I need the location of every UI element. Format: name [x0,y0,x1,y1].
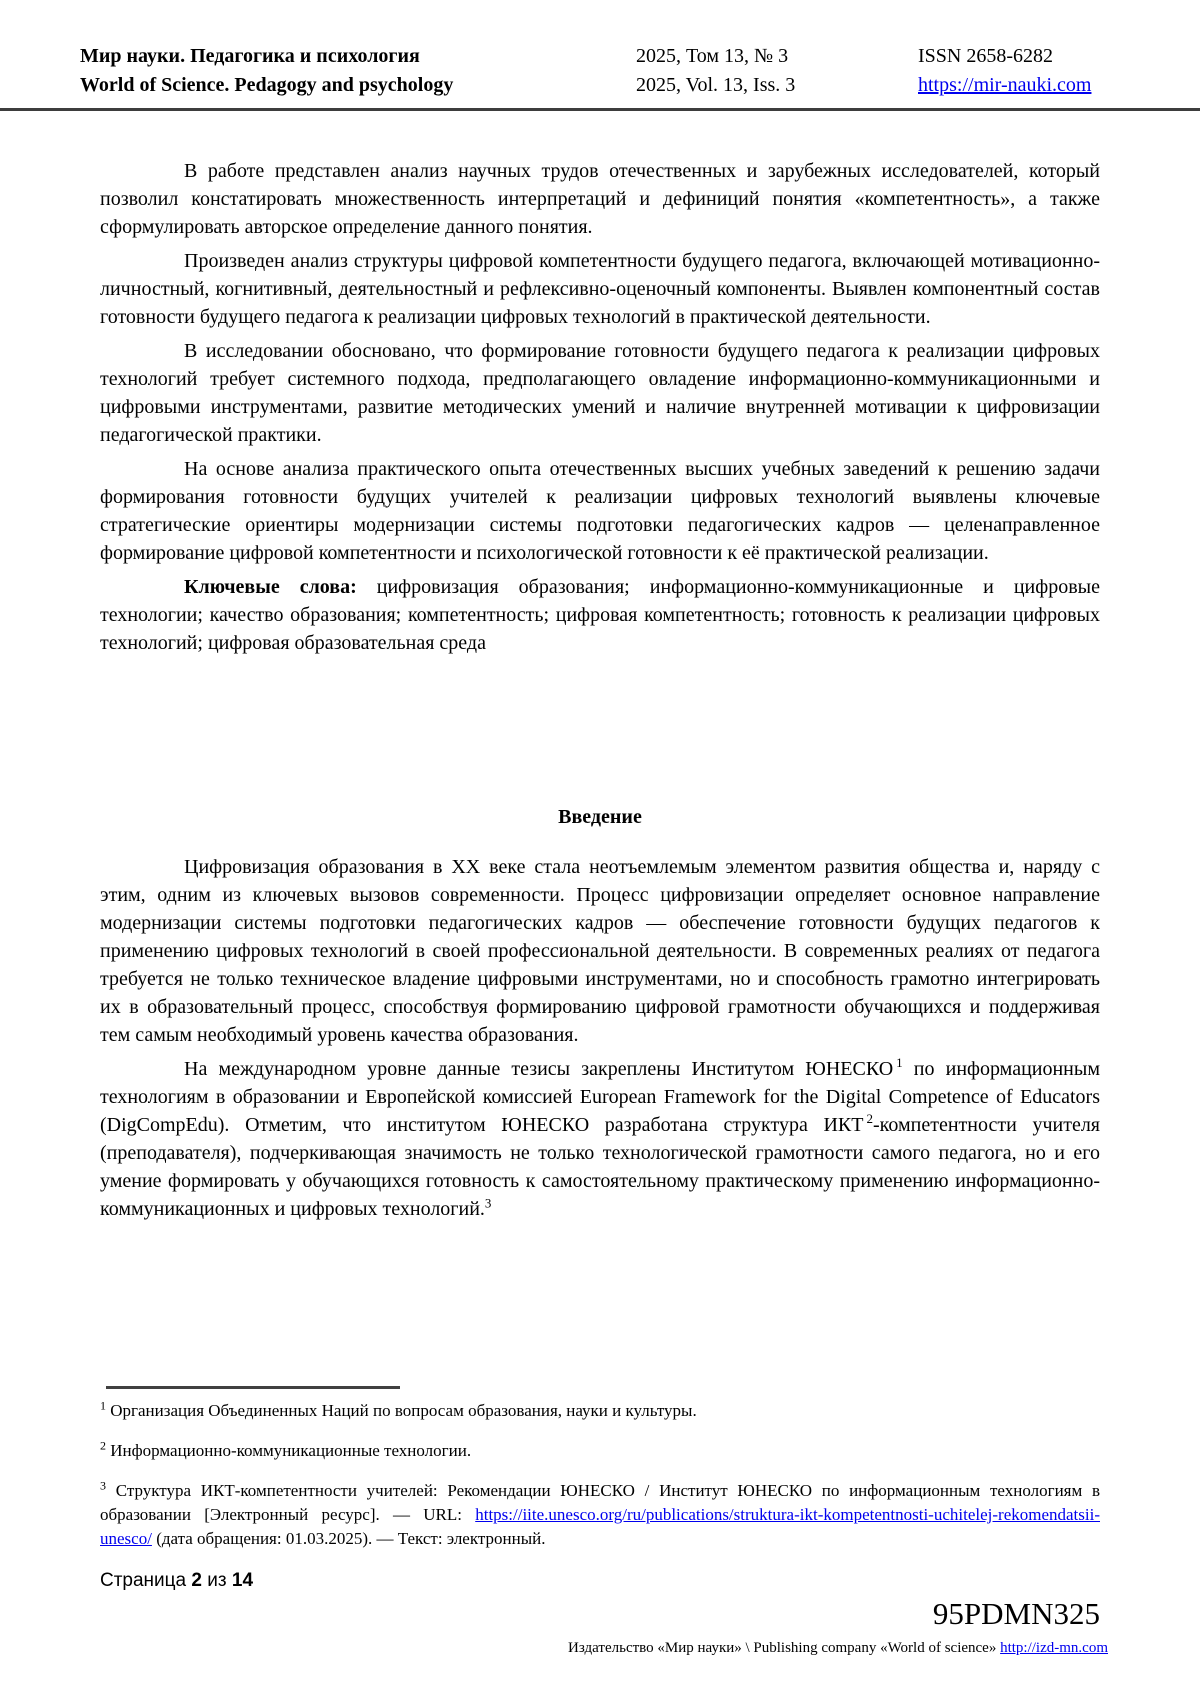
footnote-text: (дата обращения: 01.03.2025). — Текст: э… [152,1529,546,1548]
document-id: 95PDMN325 [933,1598,1100,1630]
abstract-paragraph: На основе анализа практического опыта от… [100,455,1100,567]
page-total: 14 [232,1570,253,1591]
journal-issue-en: 2025, Vol. 13, Iss. 3 [636,71,848,100]
journal-title-en: World of Science. Pedagogy and psycholog… [80,71,636,100]
journal-issue-ru: 2025, Том 13, № 3 [636,42,848,71]
journal-title-ru: Мир науки. Педагогика и психология [80,42,636,71]
page-number-info: Страница 2 из 14 [100,1570,253,1592]
footnote-2: 2 Информационно-коммуникационные техноло… [100,1439,1100,1463]
introduction-paragraph: Цифровизация образования в XX веке стала… [100,853,1100,1049]
publisher-line: Издательство «Мир науки» \ Publishing co… [568,1639,1108,1657]
journal-issn-block: ISSN 2658-6282 https://mir-nauki.com [848,42,1122,100]
page-of-label: из [207,1570,226,1591]
abstract-paragraph: В исследовании обосновано, что формирова… [100,337,1100,449]
paragraph-text: На международном уровне данные тезисы за… [184,1058,893,1080]
abstract-paragraph: Произведен анализ структуры цифровой ком… [100,247,1100,331]
journal-issn: ISSN 2658-6282 [918,42,1122,71]
footnote-text: Информационно-коммуникационные технологи… [106,1441,471,1460]
footnotes-section: 1 Организация Объединенных Наций по вопр… [100,1386,1100,1567]
footnote-1: 1 Организация Объединенных Наций по вопр… [100,1399,1100,1423]
keywords-paragraph: Ключевые слова: цифровизация образования… [100,573,1100,657]
footnote-ref-3: 3 [485,1195,492,1210]
page-label: Страница [100,1570,186,1591]
journal-title-block: Мир науки. Педагогика и психология World… [80,42,636,100]
section-heading-introduction: Введение [100,803,1100,831]
publisher-text: Издательство «Мир науки» \ Publishing co… [568,1640,1000,1656]
journal-site-link[interactable]: https://mir-nauki.com [918,74,1091,96]
journal-header: Мир науки. Педагогика и психология World… [0,0,1200,111]
footnote-text: Организация Объединенных Наций по вопрос… [106,1401,697,1420]
footnote-3: 3 Структура ИКТ-компетентности учителей:… [100,1479,1100,1551]
footnote-separator [106,1386,400,1389]
abstract-paragraph: В работе представлен анализ научных труд… [100,157,1100,241]
keywords-label: Ключевые слова: [184,576,357,598]
page-current: 2 [191,1570,202,1591]
article-body: В работе представлен анализ научных труд… [0,111,1200,1223]
introduction-paragraph: На международном уровне данные тезисы за… [100,1055,1100,1223]
publisher-link[interactable]: http://izd-mn.com [1000,1640,1108,1656]
journal-issue-block: 2025, Том 13, № 3 2025, Vol. 13, Iss. 3 [636,42,848,100]
document-page: Мир науки. Педагогика и психология World… [0,0,1200,1697]
